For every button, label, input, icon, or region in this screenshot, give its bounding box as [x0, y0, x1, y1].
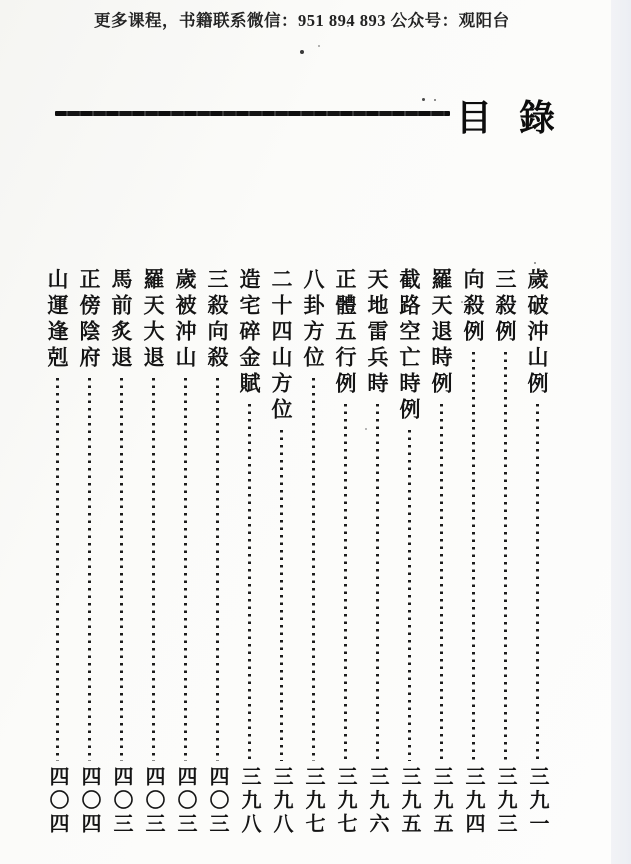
toc-entry-page-number: 四〇三 — [141, 766, 165, 837]
toc-entry-page-number: 三九八 — [237, 766, 261, 837]
toc-entry-page-number: 三九一 — [525, 766, 549, 837]
toc-entry-page-number: 四〇四 — [77, 766, 101, 837]
toc-entry: 二十四山方位 三九八 — [268, 268, 294, 836]
toc-entry: 三殺向殺 四〇三 — [204, 268, 230, 836]
title-rule-line — [55, 111, 450, 116]
toc-entry: 截路空亡時例 三九五 — [396, 268, 422, 836]
dotted-leader — [120, 378, 123, 761]
toc-entry-page-number: 三九八 — [269, 766, 293, 837]
toc-entry: 向殺例 三九四 — [460, 268, 486, 836]
toc-entry: 馬前炙退 四〇三 — [108, 268, 134, 836]
toc-entry-title: 三殺向殺 — [204, 268, 230, 372]
dotted-leader — [216, 378, 219, 761]
toc-entry-title: 正體五行例 — [332, 268, 358, 398]
scan-speck — [318, 45, 320, 47]
toc-entry-page-number: 三九七 — [301, 766, 325, 837]
toc-entry-page-number: 三九六 — [365, 766, 389, 837]
toc-entry-title: 三殺例 — [492, 268, 518, 346]
dotted-leader — [344, 404, 347, 761]
toc-entry-title: 天地雷兵時 — [364, 268, 390, 398]
dotted-leader — [312, 378, 315, 761]
scanned-toc-page: 更多课程，书籍联系微信：951 894 893 公众号：观阳台 目 錄 歲破沖山… — [0, 0, 631, 864]
toc-entry-page-number: 三九五 — [429, 766, 453, 837]
toc-entry: 歲破沖山例 三九一 — [524, 268, 550, 836]
page-title: 目 錄 — [456, 90, 564, 141]
scan-speck — [365, 428, 367, 430]
scan-speck — [347, 25, 349, 27]
toc-entry-title: 歲被沖山 — [172, 268, 198, 372]
toc-entry-title: 羅天大退 — [140, 268, 166, 372]
dotted-leader — [408, 430, 411, 761]
dotted-leader — [184, 378, 187, 761]
toc-entry: 正傍陰府 四〇四 — [76, 268, 102, 836]
scan-speck — [300, 50, 304, 54]
dotted-leader — [376, 404, 379, 761]
toc-entry-title: 造宅碎金賦 — [236, 268, 262, 398]
toc-entry-title: 羅天退時例 — [428, 268, 454, 398]
toc-entry: 正體五行例 三九七 — [332, 268, 358, 836]
scan-edge-strip — [611, 0, 631, 864]
dotted-leader — [56, 378, 59, 761]
dotted-leader — [536, 404, 539, 761]
toc-entry-title: 截路空亡時例 — [396, 268, 422, 424]
toc-entry-page-number: 三九七 — [333, 766, 357, 837]
dotted-leader — [504, 352, 507, 761]
dotted-leader — [472, 352, 475, 761]
toc-entry: 歲被沖山 四〇三 — [172, 268, 198, 836]
scan-speck — [534, 262, 536, 264]
toc-entry: 天地雷兵時 三九六 — [364, 268, 390, 836]
dotted-leader — [152, 378, 155, 761]
toc-entry-title: 歲破沖山例 — [524, 268, 550, 398]
toc-entry: 造宅碎金賦 三九八 — [236, 268, 262, 836]
toc-entry-page-number: 四〇三 — [205, 766, 229, 837]
toc-entry-title: 馬前炙退 — [108, 268, 134, 372]
toc-entry-page-number: 四〇三 — [173, 766, 197, 837]
toc-entry-page-number: 四〇四 — [45, 766, 69, 837]
toc-entry: 三殺例 三九三 — [492, 268, 518, 836]
scan-speck — [422, 98, 425, 101]
toc-entry-page-number: 三九四 — [461, 766, 485, 837]
toc-entry-title: 八卦方位 — [300, 268, 326, 372]
toc-entry: 八卦方位 三九七 — [300, 268, 326, 836]
toc-entry-title: 山運逢剋 — [44, 268, 70, 372]
dotted-leader — [280, 430, 283, 761]
toc-entry-title: 正傍陰府 — [76, 268, 102, 372]
toc-entry: 羅天退時例 三九五 — [428, 268, 454, 836]
scan-speck — [434, 99, 436, 101]
toc-entry-title: 向殺例 — [460, 268, 486, 346]
contact-header: 更多课程，书籍联系微信：951 894 893 公众号：观阳台 — [94, 7, 510, 31]
toc-entry: 山運逢剋 四〇四 — [44, 268, 70, 836]
dotted-leader — [248, 404, 251, 761]
dotted-leader — [440, 404, 443, 761]
toc-entry-page-number: 三九三 — [493, 766, 517, 837]
toc-entry-title: 二十四山方位 — [268, 268, 294, 424]
toc-entry-page-number: 四〇三 — [109, 766, 133, 837]
scan-speck — [461, 301, 463, 303]
dotted-leader — [88, 378, 91, 761]
toc-entry-page-number: 三九五 — [397, 766, 421, 837]
toc-columns: 歲破沖山例 三九一 三殺例 三九三 向殺例 三九四 羅天退時例 三九五 截路空亡… — [44, 268, 550, 836]
toc-entry: 羅天大退 四〇三 — [140, 268, 166, 836]
